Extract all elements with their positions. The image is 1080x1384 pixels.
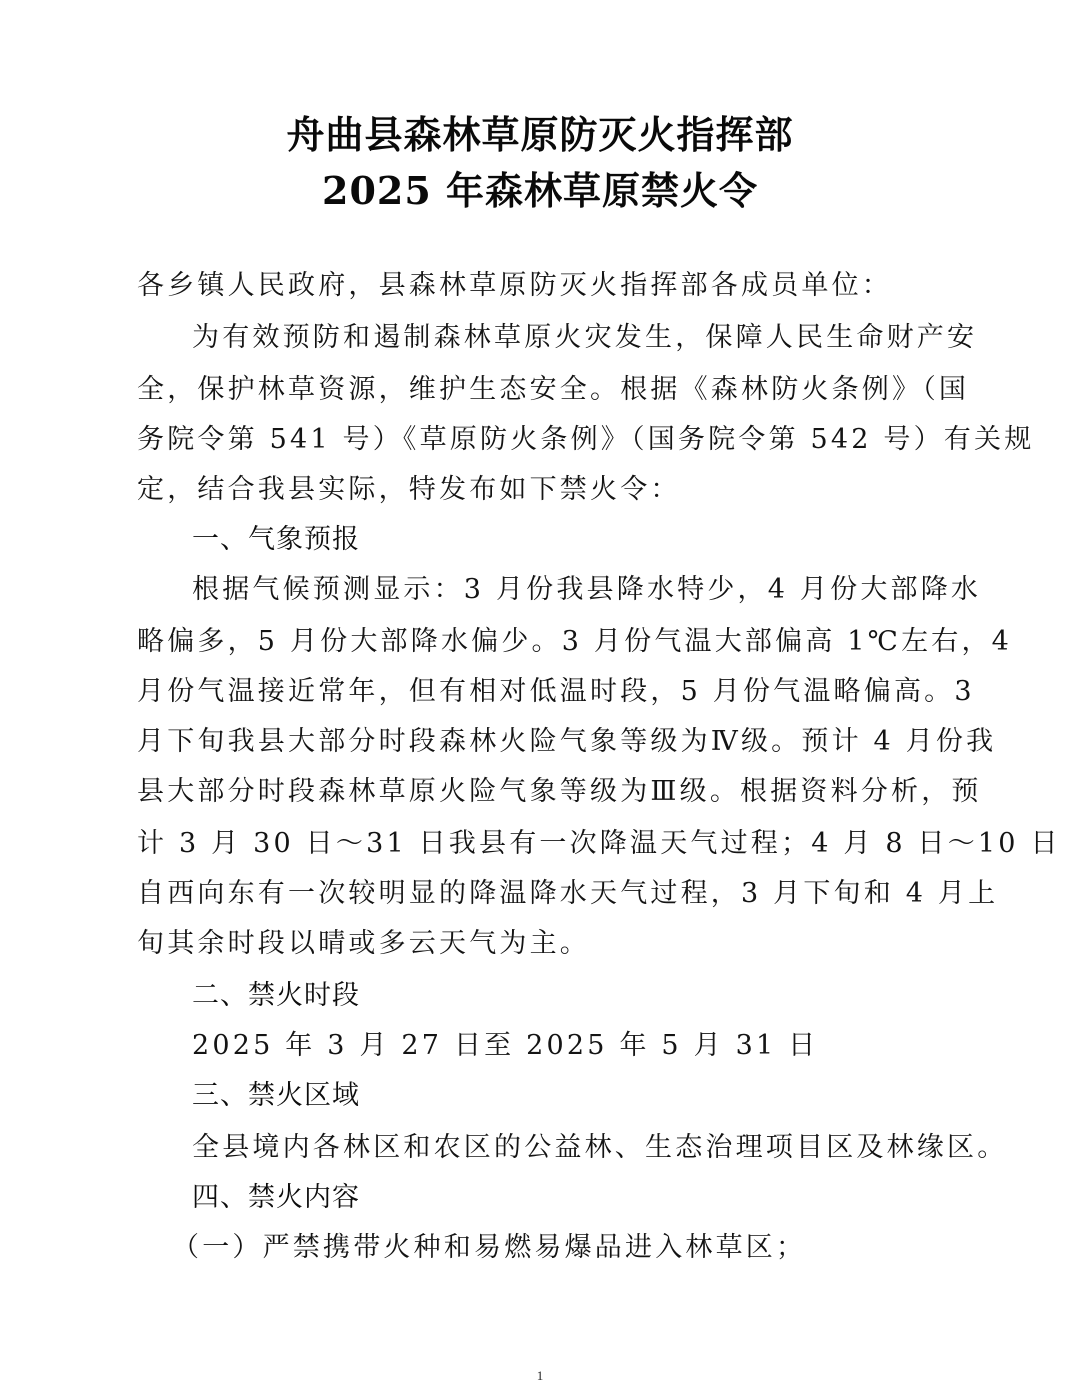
section-line: 2025 年 3 月 27 日至 2025 年 5 月 31 日 [192, 1026, 1002, 1066]
document-page: 舟曲县森林草原防灭火指挥部 2025 年森林草原禁火令 各乡镇人民政府，县森林草… [0, 0, 1080, 1384]
document-title-line-2: 2025 年森林草原禁火令 [0, 160, 1080, 215]
salutation: 各乡镇人民政府，县森林草原防灭火指挥部各成员单位： [137, 266, 947, 306]
section-line: 旬其余时段以晴或多云天气为主。 [137, 924, 947, 964]
intro-line: 全，保护林草资源，维护生态安全。根据《森林防火条例》（国 [137, 370, 947, 410]
document-title-line-1: 舟曲县森林草原防灭火指挥部 [0, 104, 1080, 159]
intro-line: 为有效预防和遏制森林草原火灾发生，保障人民生命财产安 [192, 318, 1002, 358]
section-heading-area: 三、禁火区域 [192, 1076, 360, 1116]
section-line: 月份气温接近常年，但有相对低温时段，5 月份气温略偏高。3 [137, 672, 947, 712]
section-line: 全县境内各林区和农区的公益林、生态治理项目区及林缘区。 [192, 1128, 1002, 1168]
section-heading-content: 四、禁火内容 [192, 1178, 360, 1218]
section-line: 略偏多，5 月份大部降水偏少。3 月份气温大部偏高 1℃左右，4 [137, 622, 947, 662]
intro-line: 定，结合我县实际，特发布如下禁火令： [137, 470, 947, 510]
section-line: 计 3 月 30 日～31 日我县有一次降温天气过程；4 月 8 日～10 日 [137, 824, 947, 864]
section-line: 根据气候预测显示：3 月份我县降水特少，4 月份大部降水 [192, 570, 1002, 610]
section-heading-weather: 一、气象预报 [192, 520, 360, 560]
section-line: 月下旬我县大部分时段森林火险气象等级为Ⅳ级。预计 4 月份我 [137, 722, 947, 762]
section-line: 县大部分时段森林草原火险气象等级为Ⅲ级。根据资料分析，预 [137, 772, 947, 812]
section-line: （一）严禁携带火种和易燃易爆品进入林草区； [172, 1228, 982, 1268]
section-line: 自西向东有一次较明显的降温降水天气过程，3 月下旬和 4 月上 [137, 874, 947, 914]
section-heading-period: 二、禁火时段 [192, 976, 360, 1016]
intro-line: 务院令第 541 号）《草原防火条例》（国务院令第 542 号）有关规 [137, 420, 947, 460]
page-number: 1 [0, 1368, 1080, 1384]
